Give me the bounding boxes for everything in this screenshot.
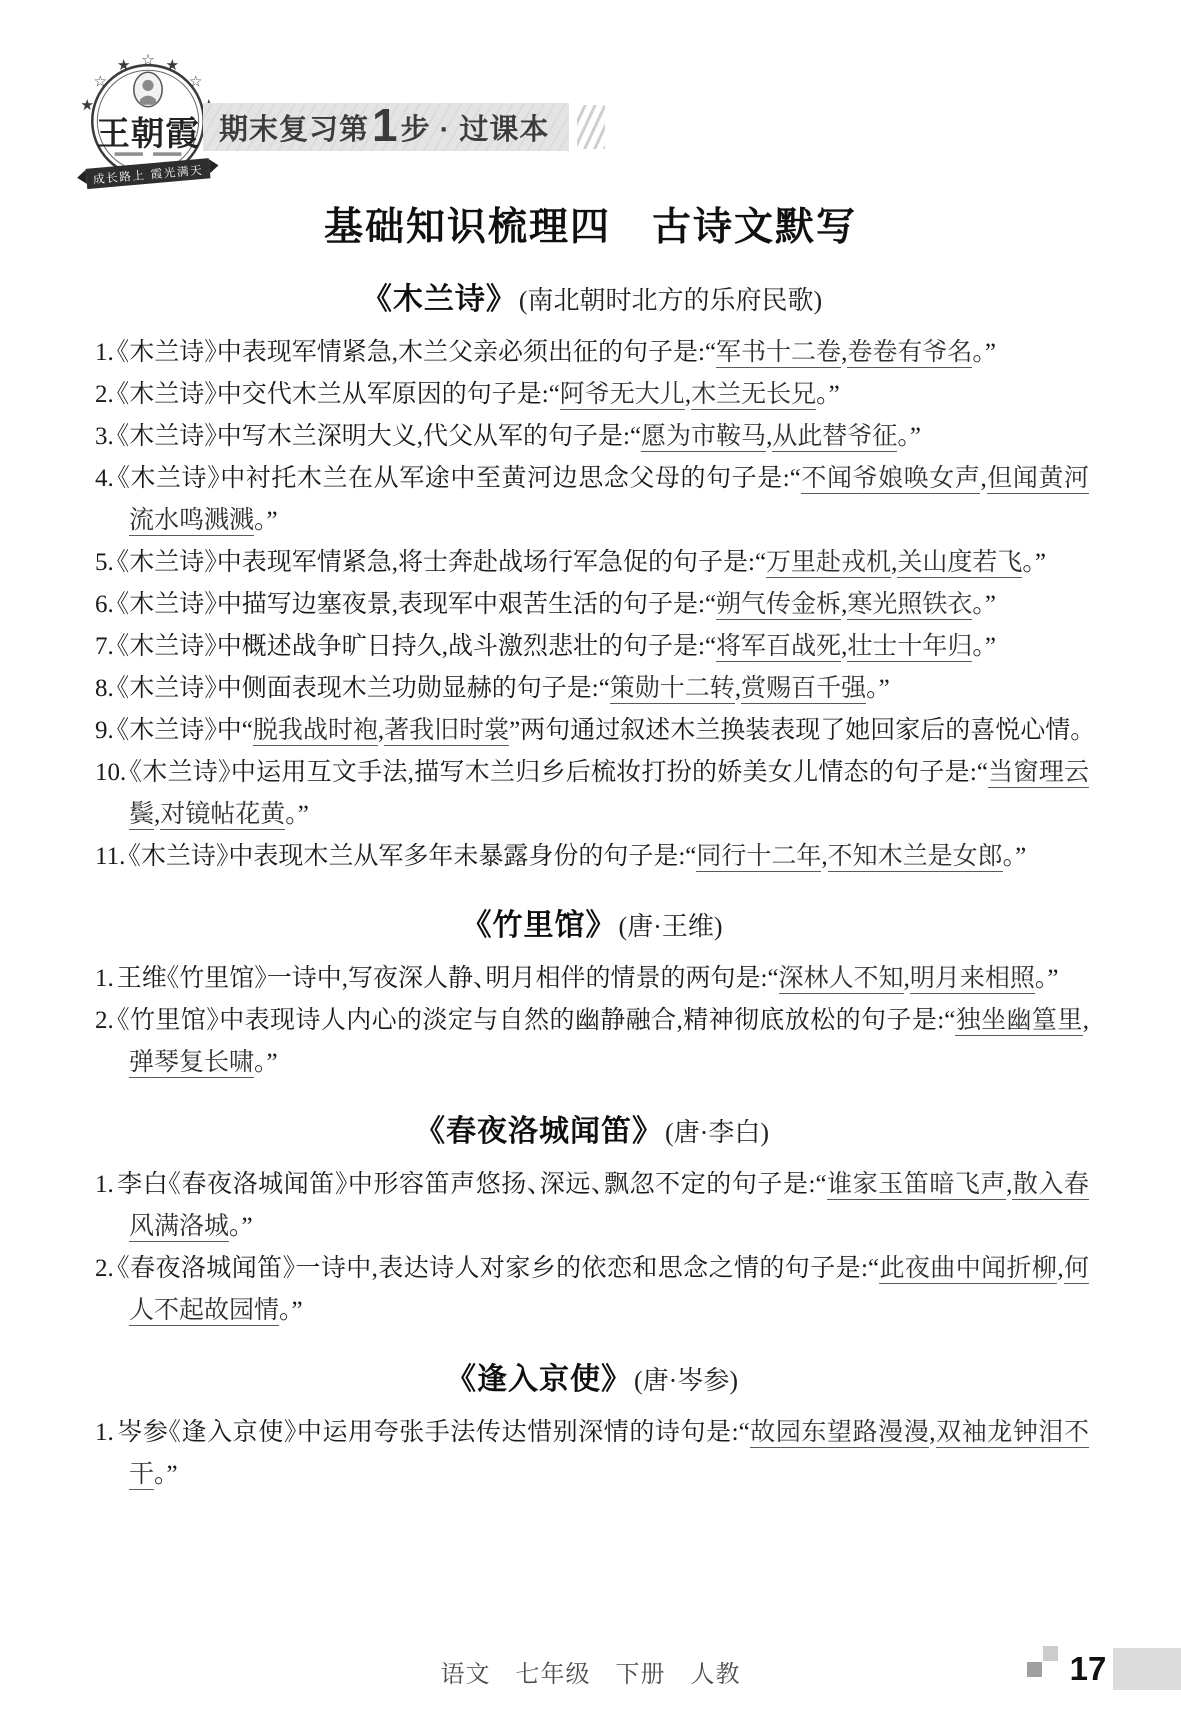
item-number: 9.	[95, 717, 114, 744]
question-text: 。”	[279, 1297, 303, 1324]
question-text: 。”	[897, 423, 921, 450]
question-text: 。”	[229, 1213, 253, 1240]
question-item: 10.《木兰诗》中运用互文手法,描写木兰归乡后梳妆打扮的娇美女儿情态的句子是:“…	[95, 752, 1089, 836]
answer-blank: 明月来相照	[910, 965, 1035, 994]
question-text: 《木兰诗》中侧面表现木兰功勋显赫的句子是:“	[117, 675, 610, 702]
question-text: 。”	[254, 1049, 278, 1076]
question-item: 5.《木兰诗》中表现军情紧急,将士奔赴战场行军急促的句子是:“万里赴戎机,关山度…	[95, 542, 1089, 584]
answer-blank: 策勋十二转	[610, 675, 735, 704]
question-text: 。”	[1035, 965, 1059, 992]
poem-section: 《春夜洛城闻笛》(唐·李白)1.李白《春夜洛城闻笛》中形容笛声悠扬、深远、飘忽不…	[95, 1106, 1089, 1332]
answer-blank: 壮士十年归	[847, 633, 972, 662]
question-text: 《木兰诗》中交代木兰从军原因的句子是:“	[117, 381, 560, 408]
svg-text:☆: ☆	[141, 52, 155, 69]
page-title: 基础知识梳理四 古诗文默写	[0, 196, 1181, 252]
portrait-icon	[134, 72, 162, 106]
answer-blank: 将军百战死	[716, 633, 841, 662]
question-text: 《木兰诗》中概述战争旷日持久,战斗激烈悲壮的句子是:“	[117, 633, 716, 660]
question-text: 。”	[285, 801, 309, 828]
item-number: 8.	[95, 675, 114, 702]
banner-step-number: 1	[372, 102, 398, 148]
chapter-banner: 期末复习第 1 步 · 过课本	[203, 103, 569, 151]
deco-square-dark	[1027, 1662, 1042, 1677]
item-number: 1.	[95, 339, 114, 366]
question-item: 4.《木兰诗》中衬托木兰在从军途中至黄河边思念父母的句子是:“不闻爷娘唤女声,但…	[95, 458, 1089, 542]
question-item: 11.《木兰诗》中表现木兰从军多年未暴露身份的句子是:“同行十二年,不知木兰是女…	[95, 836, 1089, 878]
answer-blank: 愿为市鞍马	[641, 423, 766, 452]
item-number: 2.	[95, 381, 114, 408]
item-number: 11.	[95, 843, 125, 870]
question-text: ,	[980, 465, 986, 492]
question-text: 《木兰诗》中衬托木兰在从军途中至黄河边思念父母的句子是:“	[117, 465, 801, 492]
section-subtitle: (唐·王维)	[619, 912, 723, 941]
question-item: 6.《木兰诗》中描写边塞夜景,表现军中艰苦生活的句子是:“朔气传金柝,寒光照铁衣…	[95, 584, 1089, 626]
section-title: 《竹里馆》	[462, 909, 617, 942]
item-number: 2.	[95, 1255, 114, 1282]
item-number: 4.	[95, 465, 114, 492]
item-number: 6.	[95, 591, 114, 618]
item-number: 1.	[95, 965, 114, 992]
question-item: 8.《木兰诗》中侧面表现木兰功勋显赫的句子是:“策勋十二转,赏赐百千强。”	[95, 668, 1089, 710]
question-text: 《木兰诗》中写木兰深明大义,代父从军的句子是:“	[117, 423, 641, 450]
poem-section: 《竹里馆》(唐·王维)1.王维《竹里馆》一诗中,写夜深人静、明月相伴的情景的两句…	[95, 900, 1089, 1084]
svg-text:★: ★	[117, 56, 131, 74]
question-item: 9.《木兰诗》中“脱我战时袍,著我旧时裳”两句通过叙述木兰换装表现了她回家后的喜…	[95, 710, 1089, 752]
footer-meta: 语文 七年级 下册 人教	[0, 1654, 1181, 1689]
question-text: 。”	[972, 591, 996, 618]
answer-blank: 不知木兰是女郎	[828, 843, 1003, 872]
answer-blank: 著我旧时裳	[384, 717, 509, 746]
svg-text:☆: ☆	[94, 72, 108, 90]
question-text: ,	[904, 965, 910, 992]
page-header: ★☆★ ☆★☆ ★ 王朝霞 成长路上 霞光满天 期末复习第	[0, 0, 1181, 196]
brand-logo: ★☆★ ☆★☆ ★ 王朝霞 成长路上 霞光满天	[72, 52, 224, 204]
section-subtitle: (唐·岑参)	[634, 1366, 738, 1395]
answer-blank: 谁家玉笛暗飞声	[827, 1171, 1006, 1200]
answer-blank: 从此替爷征	[772, 423, 897, 452]
question-item: 1.李白《春夜洛城闻笛》中形容笛声悠扬、深远、飘忽不定的句子是:“谁家玉笛暗飞声…	[95, 1164, 1089, 1248]
page-number-block: 17	[1025, 1646, 1181, 1692]
section-heading: 《春夜洛城闻笛》(唐·李白)	[95, 1106, 1089, 1150]
scanned-page: ★☆★ ☆★☆ ★ 王朝霞 成长路上 霞光满天 期末复习第	[0, 0, 1181, 1730]
question-text: ,	[821, 843, 827, 870]
question-text: 《木兰诗》中“	[117, 717, 253, 744]
poem-section: 《逢入京使》(唐·岑参)1.岑参《逢入京使》中运用夸张手法传达惜别深情的诗句是:…	[95, 1354, 1089, 1496]
answer-blank: 关山度若飞	[897, 549, 1022, 578]
question-text: 《木兰诗》中表现军情紧急,将士奔赴战场行军急促的句子是:“	[117, 549, 766, 576]
question-item: 2.《木兰诗》中交代木兰从军原因的句子是:“阿爷无大儿,木兰无长兄。”	[95, 374, 1089, 416]
svg-text:★: ★	[166, 56, 180, 74]
banner-text-pre: 期末复习第	[219, 107, 369, 148]
question-text: 《竹里馆》中表现诗人内心的淡定与自然的幽静融合,精神彻底放松的句子是:“	[117, 1007, 956, 1034]
deco-square-light	[1043, 1646, 1058, 1661]
item-number: 1.	[95, 1171, 114, 1198]
section-subtitle: (南北朝时北方的乐府民歌)	[519, 286, 822, 315]
page-number-bar	[1113, 1648, 1181, 1690]
answer-blank: 故园东望路漫漫	[750, 1419, 930, 1448]
question-text: 。”	[1022, 549, 1046, 576]
content: 《木兰诗》(南北朝时北方的乐府民歌)1.《木兰诗》中表现军情紧急,木兰父亲必须出…	[0, 274, 1181, 1496]
page-number: 17	[1063, 1646, 1113, 1692]
answer-blank: 万里赴戎机	[766, 549, 891, 578]
section-subtitle: (唐·李白)	[665, 1118, 769, 1147]
question-text: 。”	[866, 675, 890, 702]
question-text: 。”	[154, 1461, 178, 1488]
answer-blank: 脱我战时袍	[253, 717, 378, 746]
item-number: 5.	[95, 549, 114, 576]
question-text: 。”	[254, 507, 278, 534]
question-item: 2.《春夜洛城闻笛》一诗中,表达诗人对家乡的依恋和思念之情的句子是:“此夜曲中闻…	[95, 1248, 1089, 1332]
question-item: 1.《木兰诗》中表现军情紧急,木兰父亲必须出征的句子是:“军书十二卷,卷卷有爷名…	[95, 332, 1089, 374]
question-text: 岑参《逢入京使》中运用夸张手法传达惜别深情的诗句是:“	[117, 1419, 750, 1446]
answer-blank: 赏赐百千强	[741, 675, 866, 704]
section-heading: 《逢入京使》(唐·岑参)	[95, 1354, 1089, 1398]
svg-text:★: ★	[80, 96, 94, 114]
answer-blank: 弹琴复长啸	[129, 1049, 254, 1078]
question-item: 1.岑参《逢入京使》中运用夸张手法传达惜别深情的诗句是:“故园东望路漫漫,双袖龙…	[95, 1412, 1089, 1496]
question-text: 《木兰诗》中表现木兰从军多年未暴露身份的句子是:“	[128, 843, 696, 870]
question-item: 2.《竹里馆》中表现诗人内心的淡定与自然的幽静融合,精神彻底放松的句子是:“独坐…	[95, 1000, 1089, 1084]
question-text: 王维《竹里馆》一诗中,写夜深人静、明月相伴的情景的两句是:“	[117, 965, 779, 992]
question-text: 《木兰诗》中运用互文手法,描写木兰归乡后梳妆打扮的娇美女儿情态的句子是:“	[129, 759, 988, 786]
logo-ribbon: 成长路上 霞光满天	[76, 157, 219, 190]
item-number: 2.	[95, 1007, 114, 1034]
answer-blank: 深林人不知	[779, 965, 904, 994]
question-text: ”两句通过叙述木兰换装表现了她回家后的喜悦心情。	[509, 717, 1083, 744]
answer-blank: 独坐幽篁里	[955, 1007, 1082, 1036]
item-number: 7.	[95, 633, 114, 660]
answer-blank: 不闻爷娘唤女声	[801, 465, 981, 494]
question-text: 。”	[1003, 843, 1027, 870]
answer-blank: 朔气传金柝	[716, 591, 841, 620]
poem-section: 《木兰诗》(南北朝时北方的乐府民歌)1.《木兰诗》中表现军情紧急,木兰父亲必须出…	[95, 274, 1089, 878]
section-heading: 《竹里馆》(唐·王维)	[95, 900, 1089, 944]
question-text: 《木兰诗》中描写边塞夜景,表现军中艰苦生活的句子是:“	[117, 591, 716, 618]
question-text: 。”	[972, 633, 996, 660]
answer-blank: 卷卷有爷名	[847, 339, 972, 368]
question-item: 3.《木兰诗》中写木兰深明大义,代父从军的句子是:“愿为市鞍马,从此替爷征。”	[95, 416, 1089, 458]
section-heading: 《木兰诗》(南北朝时北方的乐府民歌)	[95, 274, 1089, 318]
question-text: 《木兰诗》中表现军情紧急,木兰父亲必须出征的句子是:“	[117, 339, 716, 366]
answer-blank: 军书十二卷	[716, 339, 841, 368]
answer-blank: 阿爷无大儿	[560, 381, 685, 410]
question-text: ,	[1057, 1255, 1063, 1282]
answer-blank: 此夜曲中闻折柳	[879, 1255, 1057, 1284]
logo-brand-name: 王朝霞	[96, 114, 199, 153]
section-title: 《春夜洛城闻笛》	[415, 1115, 663, 1148]
answer-blank: 对镜帖花黄	[160, 801, 285, 830]
question-text: 。”	[972, 339, 996, 366]
question-item: 7.《木兰诗》中概述战争旷日持久,战斗激烈悲壮的句子是:“将军百战死,壮士十年归…	[95, 626, 1089, 668]
question-text: ,	[1083, 1007, 1089, 1034]
page-footer: 语文 七年级 下册 人教 17	[0, 1646, 1181, 1692]
question-text: ,	[929, 1419, 935, 1446]
section-title: 《逢入京使》	[446, 1363, 632, 1396]
answer-blank: 寒光照铁衣	[847, 591, 972, 620]
question-text: 李白《春夜洛城闻笛》中形容笛声悠扬、深远、飘忽不定的句子是:“	[117, 1171, 827, 1198]
item-number: 10.	[95, 759, 126, 786]
answer-blank: 同行十二年	[696, 843, 821, 872]
question-text: 。”	[816, 381, 840, 408]
svg-text:☆: ☆	[189, 72, 203, 90]
item-number: 3.	[95, 423, 114, 450]
question-text: 《春夜洛城闻笛》一诗中,表达诗人对家乡的依恋和思念之情的句子是:“	[117, 1255, 879, 1282]
answer-blank: 木兰无长兄	[691, 381, 816, 410]
item-number: 1.	[95, 1419, 114, 1446]
banner-text-post: 步 · 过课本	[401, 107, 550, 148]
question-item: 1.王维《竹里馆》一诗中,写夜深人静、明月相伴的情景的两句是:“深林人不知,明月…	[95, 958, 1089, 1000]
section-title: 《木兰诗》	[362, 283, 517, 316]
